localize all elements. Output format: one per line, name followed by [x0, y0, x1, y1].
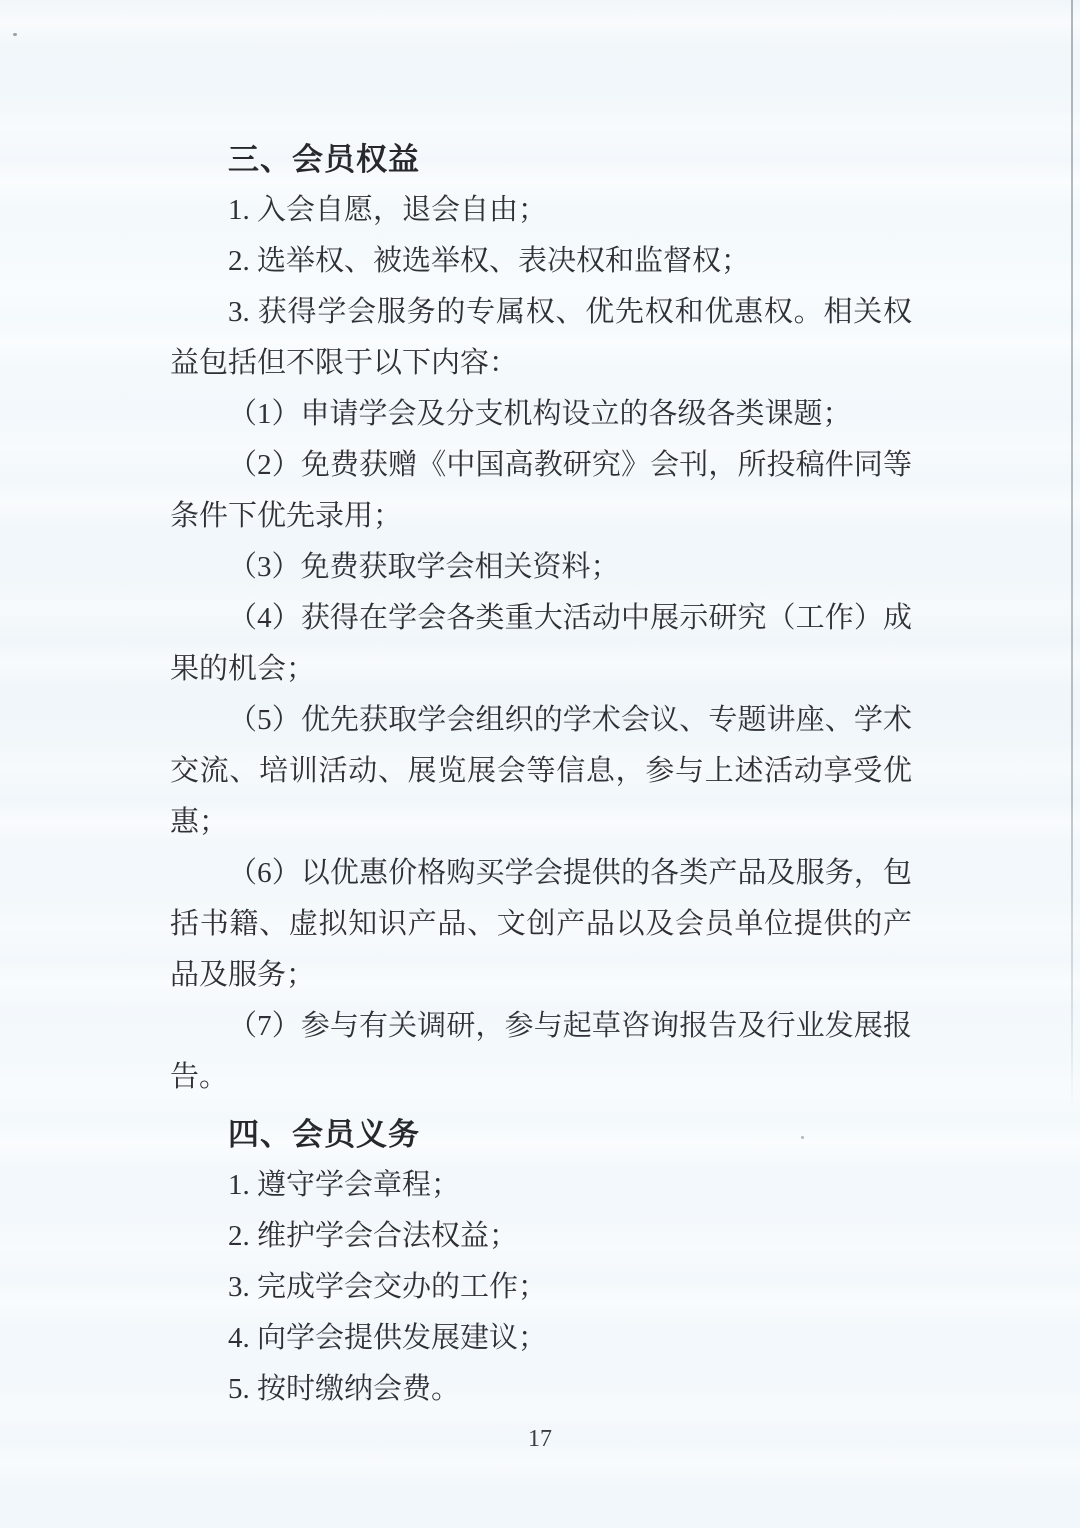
scanned-document-page: 三、会员权益 1. 入会自愿，退会自由； 2. 选举权、被选举权、表决权和监督权…: [0, 0, 1080, 1528]
duties-item-3: 3. 完成学会交办的工作；: [170, 1262, 912, 1313]
duties-item-5: 5. 按时缴纳会费。: [170, 1364, 912, 1415]
rights-item-2: 2. 选举权、被选举权、表决权和监督权；: [170, 236, 912, 287]
rights-subitem-2: （2）免费获赠《中国高教研究》会刊，所投稿件同等条件下优先录用；: [170, 440, 912, 542]
rights-item-3: 3. 获得学会服务的专属权、优先权和优惠权。相关权益包括但不限于以下内容：: [170, 287, 912, 389]
section-heading-member-rights: 三、会员权益: [170, 134, 912, 185]
document-body: 三、会员权益 1. 入会自愿，退会自由； 2. 选举权、被选举权、表决权和监督权…: [170, 134, 912, 1415]
rights-subitem-7: （7）参与有关调研，参与起草咨询报告及行业发展报告。: [170, 1001, 912, 1103]
duties-item-4: 4. 向学会提供发展建议；: [170, 1313, 912, 1364]
rights-subitem-5: （5）优先获取学会组织的学术会议、专题讲座、学术交流、培训活动、展览展会等信息，…: [170, 695, 912, 848]
rights-subitem-3: （3）免费获取学会相关资料；: [170, 542, 912, 593]
duties-item-1: 1. 遵守学会章程；: [170, 1160, 912, 1211]
scan-line-artifact: [1071, 0, 1073, 1110]
page-number: 17: [0, 1424, 1080, 1454]
section-heading-member-duties: 四、会员义务: [170, 1109, 912, 1160]
scan-speck: [13, 33, 17, 36]
rights-item-1: 1. 入会自愿，退会自由；: [170, 185, 912, 236]
rights-subitem-6: （6）以优惠价格购买学会提供的各类产品及服务，包括书籍、虚拟知识产品、文创产品以…: [170, 848, 912, 1001]
rights-subitem-1: （1）申请学会及分支机构设立的各级各类课题；: [170, 389, 912, 440]
rights-subitem-4: （4）获得在学会各类重大活动中展示研究（工作）成果的机会；: [170, 593, 912, 695]
duties-item-2: 2. 维护学会合法权益；: [170, 1211, 912, 1262]
